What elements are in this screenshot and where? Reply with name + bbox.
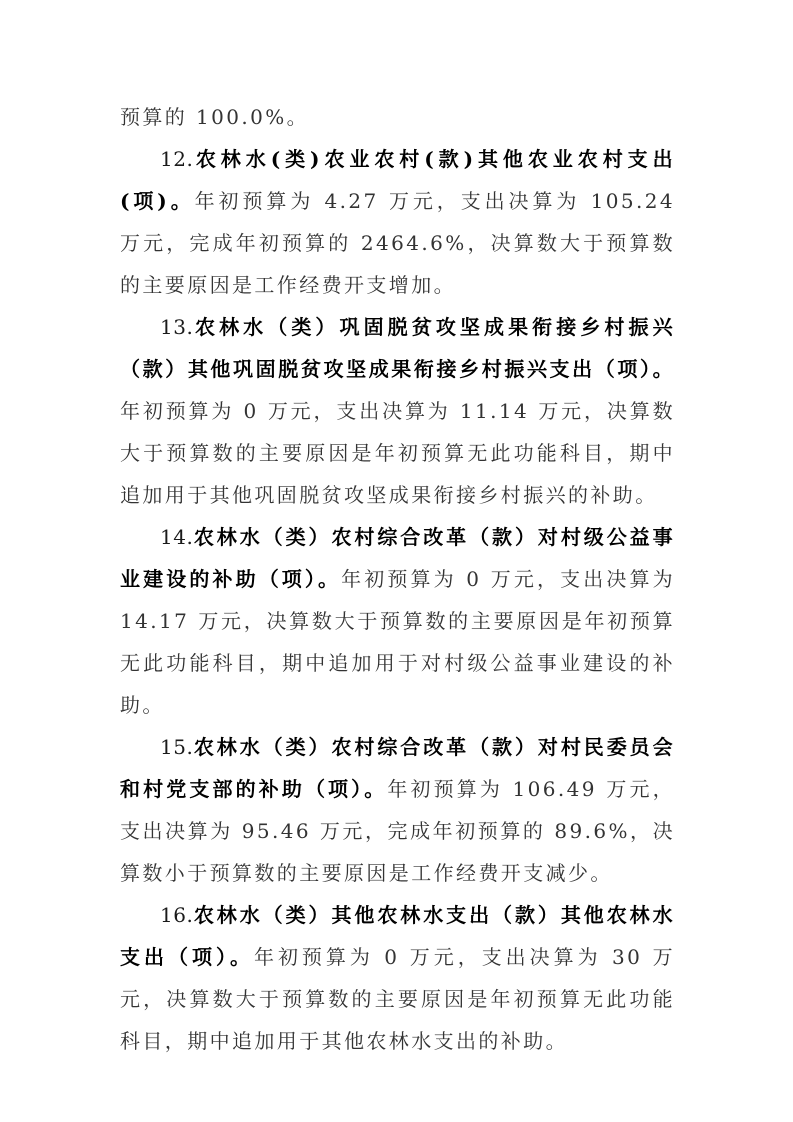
item-number: 13. — [160, 315, 193, 339]
item-number: 14. — [160, 525, 193, 549]
document-page: 预算的 100.0%。 12.农林水(类)农业农村(款)其他农业农村支出(项)。… — [120, 96, 675, 1062]
budget-item-14: 14.农林水（类）农村综合改革（款）对村级公益事业建设的补助（项）。年初预算为 … — [120, 516, 675, 726]
item-number: 16. — [160, 903, 193, 927]
item-number: 15. — [160, 735, 193, 759]
item-number: 12. — [160, 147, 193, 171]
item-body: 年初预算为 4.27 万元，支出决算为 105.24 万元，完成年初预算的 24… — [120, 189, 675, 297]
budget-item-16: 16.农林水（类）其他农林水支出（款）其他农林水支出（项）。年初预算为 0 万元… — [120, 894, 675, 1062]
continuation-paragraph: 预算的 100.0%。 — [120, 96, 675, 138]
budget-item-12: 12.农林水(类)农业农村(款)其他农业农村支出(项)。年初预算为 4.27 万… — [120, 138, 675, 306]
item-heading: 农林水（类）巩固脱贫攻坚成果衔接乡村振兴（款）其他巩固脱贫攻坚成果衔接乡村振兴支… — [120, 315, 675, 381]
budget-item-15: 15.农林水（类）农村综合改革（款）对村民委员会和村党支部的补助（项）。年初预算… — [120, 726, 675, 894]
budget-item-13: 13.农林水（类）巩固脱贫攻坚成果衔接乡村振兴（款）其他巩固脱贫攻坚成果衔接乡村… — [120, 306, 675, 516]
item-body: 年初预算为 0 万元，支出决算为 11.14 万元，决算数大于预算数的主要原因是… — [120, 399, 675, 507]
paragraph-text: 预算的 100.0%。 — [120, 105, 309, 129]
